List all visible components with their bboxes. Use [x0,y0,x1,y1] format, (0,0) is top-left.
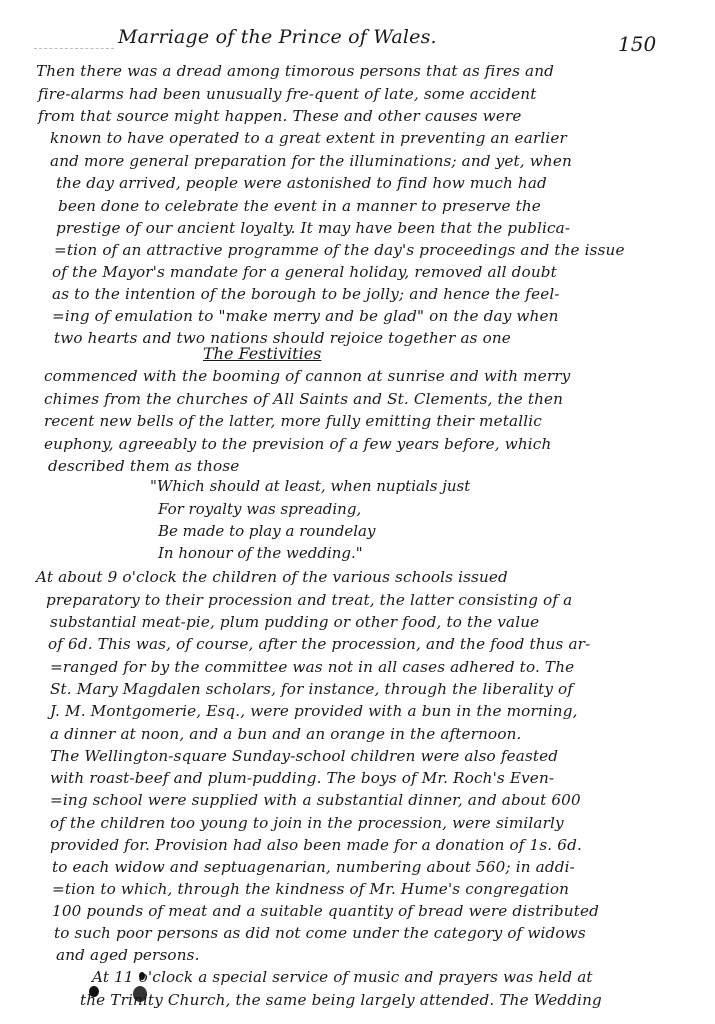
text-line: substantial meat-pie, plum pudding or ot… [50,612,539,632]
text-line: At about 9 o'clock the children of the v… [36,567,508,587]
text-line: preparatory to their procession and trea… [46,590,572,610]
text-line: and aged persons. [56,945,200,965]
text-line: been done to celebrate the event in a ma… [58,196,541,216]
verse-line: For royalty was spreading, [158,500,361,518]
text-line: of the Mayor's mandate for a general hol… [52,262,557,282]
text-line: St. Mary Magdalen scholars, for instance… [50,679,573,699]
page-title: Marriage of the Prince of Wales. [118,26,437,48]
page-number: 150 [618,32,656,56]
text-line: and more general preparation for the ill… [50,151,572,171]
section-heading: The Festivities [203,344,321,363]
text-line: recent new bells of the latter, more ful… [44,411,542,431]
text-line: 100 pounds of meat and a suitable quanti… [52,901,599,921]
ink-blot [89,986,99,997]
text-line: of the children too young to join in the… [50,813,564,833]
text-line: J. M. Montgomerie, Esq., were provided w… [50,701,578,721]
text-line: At 11 o'clock a special service of music… [92,967,593,987]
text-line: fire-alarms had been unusually fre-quent… [38,84,536,104]
manuscript-page: Marriage of the Prince of Wales. 150 The… [0,0,715,1024]
text-line: as to the intention of the borough to be… [52,284,560,304]
text-line: =ranged for by the committee was not in … [50,657,574,677]
text-line: Then there was a dread among timorous pe… [36,61,554,81]
text-line: chimes from the churches of All Saints a… [44,389,563,409]
verse-line: Be made to play a roundelay [158,522,375,540]
text-line: euphony, agreeably to the prevision of a… [44,434,551,454]
text-line: =ing of emulation to "make merry and be … [52,306,559,326]
text-line: the Trinity Church, the same being large… [80,990,602,1010]
ink-blot [139,972,145,980]
verse-line: "Which should at least, when nuptials ju… [150,477,470,495]
text-line: known to have operated to a great extent… [50,128,567,148]
header-rule [34,48,114,49]
text-line: a dinner at noon, and a bun and an orang… [50,724,522,744]
ink-blot [133,986,147,1002]
text-line: from that source might happen. These and… [38,106,522,126]
text-line: to each widow and septuagenarian, number… [52,857,575,877]
text-line: =ing school were supplied with a substan… [50,790,581,810]
verse-line: In honour of the wedding." [158,544,363,562]
text-line: The Wellington-square Sunday-school chil… [50,746,558,766]
text-line: to such poor persons as did not come und… [54,923,586,943]
text-line: with roast-beef and plum-pudding. The bo… [50,768,554,788]
text-line: commenced with the booming of cannon at … [44,366,570,386]
text-line: provided for. Provision had also been ma… [50,835,582,855]
text-line: prestige of our ancient loyalty. It may … [56,218,570,238]
text-line: described them as those [48,456,239,476]
text-line: =tion to which, through the kindness of … [52,879,569,899]
text-line: =tion of an attractive programme of the … [54,240,625,260]
text-line: of 6d. This was, of course, after the pr… [48,634,590,654]
text-line: the day arrived, people were astonished … [56,173,547,193]
